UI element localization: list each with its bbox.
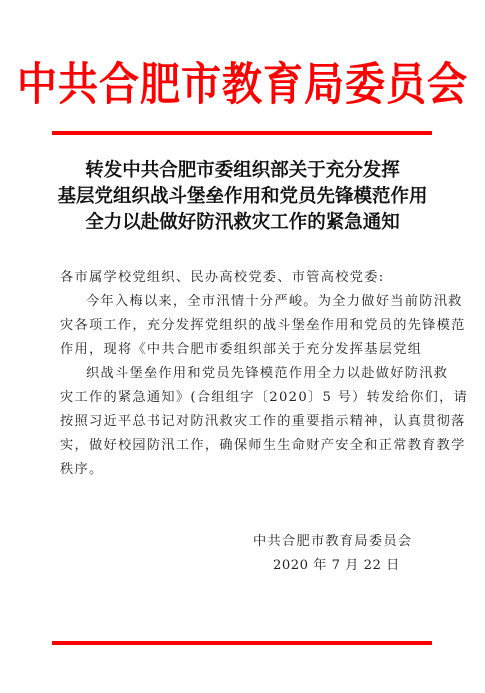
body-line: 实，做好校园防汛工作，确保师生生命财产安全和正常教育教学 <box>60 434 430 458</box>
title-line: 转发中共合肥市委组织部关于充分发挥 <box>0 158 485 184</box>
document-body: 各市属学校党组织、民办高校党委、市管高校党委: 今年入梅以来，全市汛情十分严峻。… <box>60 266 430 482</box>
signature-date: 2020 年 7 月 22 日 <box>273 554 400 578</box>
body-line: 灾各项工作，充分发挥党组织的战斗堡垒作用和党员的先锋模范 <box>60 314 430 338</box>
salutation: 各市属学校党组织、民办高校党委、市管高校党委: <box>60 266 430 290</box>
body-line: 织战斗堡垒作用和党员先锋模范作用全力以赴做好防汛救 <box>60 362 430 386</box>
masthead-title: 中共合肥市教育局委员会 <box>0 57 485 113</box>
signature-organization: 中共合肥市教育局委员会 <box>253 530 412 554</box>
title-line: 全力以赴做好防汛救灾工作的紧急通知 <box>0 210 485 236</box>
masthead-red-rule <box>52 131 432 135</box>
document-title: 转发中共合肥市委组织部关于充分发挥 基层党组织战斗堡垒作用和党员先锋模范作用 全… <box>0 158 485 236</box>
title-line: 基层党组织战斗堡垒作用和党员先锋模范作用 <box>0 184 485 210</box>
body-line: 作用，现将《中共合肥市委组织部关于充分发挥基层党组 <box>60 338 430 362</box>
body-line: 灾工作的紧急通知》(合组组字〔2020〕5 号）转发给你们，请 <box>60 386 430 410</box>
body-line: 今年入梅以来，全市汛情十分严峻。为全力做好当前防汛救 <box>60 290 430 314</box>
body-line: 按照习近平总书记对防汛救灾工作的重要指示精神，认真贯彻落 <box>60 410 430 434</box>
footer-red-rule <box>52 641 432 645</box>
body-line: 秩序。 <box>60 458 430 482</box>
